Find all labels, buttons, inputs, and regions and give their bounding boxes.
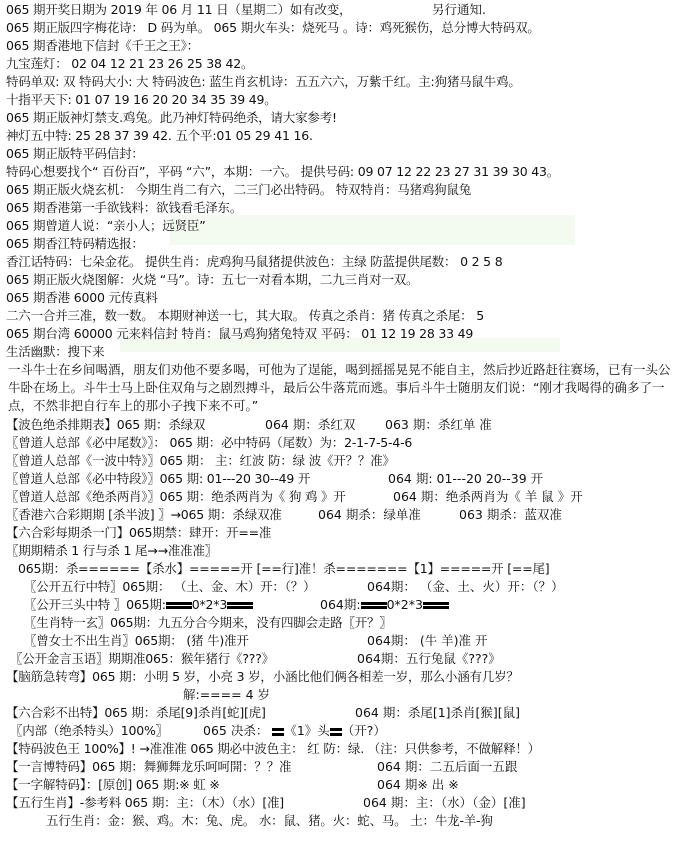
kill-two-zodiac-064: 064 期：绝杀两肖为《 羊 鼠 》开 xyxy=(393,488,583,505)
lamp-five-numbers: 神灯五中特: 25 28 37 39 42. 五个平:01 05 29 41 1… xyxy=(6,127,313,144)
black-bar xyxy=(272,728,284,736)
special-code-info: 特码单双: 双 特码大小: 大 特码波色: 蓝生肖玄机诗：五五六六，万紫千红。主… xyxy=(6,73,521,90)
five-element-zodiac-064: 064 期：主：（水）（金）[准] xyxy=(363,794,526,811)
decisive-kill: 065 决杀： 《1》头（开?） xyxy=(203,722,386,739)
lottery-document: 065 期开奖日期为 2019 年 06 月 11 日（星期二）如有改变， 另行… xyxy=(0,0,688,841)
black-bar xyxy=(361,602,387,609)
xiangjiang-details: 香江话特码：七朵金花。 提供生肖：虎鸡狗马鼠猪提供波色：主绿 防蓝提供尾数： 0… xyxy=(6,253,502,270)
five-elements-line: 〖公开五行中特〗065期： （土、金、木）开：（？） xyxy=(24,578,315,595)
internal-kill-head: 〖内部（绝杀特头）100%〗 xyxy=(10,722,168,739)
golden-words-line: 〖公开金言玉语〗期期准065：猴年猪行《???》 xyxy=(10,650,274,667)
special-segment-line: 〖曾道人总部《必中特段》〗065 期: 01---20 30--49 开 xyxy=(6,470,310,487)
brain-teaser-line: 【脑筋急转弯】065 期：小明 5 岁，小亮 3 岁，小涵比他们俩各相差一岁，那… xyxy=(6,668,519,685)
fire-mystery-line: 065 期正版火烧玄机： 今期生肖二有六，二三门必出特码。 特双特肖：马猪鸡狗鼠… xyxy=(6,181,471,198)
fire-diagram-line: 065 期正版火烧图解：火烧 “马”。诗：五七一对看本期，二九三肖对一双。 xyxy=(6,271,418,288)
hk-envelope-title: 065 期香港地下信封《千王之王》： xyxy=(6,37,199,54)
one-word-special-line: 【一言博特码】065 期：舞狮舞龙乐呵呵開：？？准 xyxy=(6,758,291,775)
taiwan-envelope-line: 065 期台湾 60000 元来料信封 特肖：鼠马鸡狗猪兔特双 平码： 01 1… xyxy=(6,325,473,342)
flat-code-envelope-title: 065 期正版特平码信封： xyxy=(6,145,144,162)
xiangjiang-title: 065 期香江特码精选报： xyxy=(6,235,144,252)
half-wave-064: 064 期杀：绿单准 xyxy=(318,506,421,523)
black-bar xyxy=(227,602,253,609)
wave-king-line: 【特码波色王 100%】! →准准准 065 期必中波色主： 红 防：绿. （注… xyxy=(6,740,540,757)
hk-fax-details: 二六一合并三准，数一数。 本期财神送一七，其大取。 传真之杀肖：猪 传真之杀尾：… xyxy=(6,307,484,324)
draw-date-line: 065 期开奖日期为 2019 年 06 月 11 日（星期二）如有改变， xyxy=(6,1,351,18)
tail-number-line: 〖曾道人总部《必中尾数》〗： 065 期：必中特码（尾数）为：2-1-7-5-4… xyxy=(6,434,412,451)
one-char-special-line: 【一字解特码】：[原创] 065 期:※ 虹 ※ xyxy=(6,776,220,793)
no-special-064: 064 期：杀尾[1]杀肖[猴][鼠] xyxy=(355,704,520,721)
kill-element-tail-title: 〖期期精杀 1 行与杀 1 尾→→准准准〗 xyxy=(6,542,217,559)
wave-kill-064: 064 期：杀红双 xyxy=(265,416,355,433)
five-element-zodiac-legend: 五行生肖：金：猴、鸡。木：兔、虎。 水：鼠、猪。火：蛇、马。 土：牛龙-羊-狗 xyxy=(46,812,493,829)
hk-fax-title: 065 期香港 6000 元传真料 xyxy=(6,289,158,306)
black-bar xyxy=(423,602,449,609)
zeng-daoren-saying: 065 期曾道人说：“亲小人；远贤臣” xyxy=(6,217,205,234)
kill-element-tail-detail: 065期：杀======【杀水】=====开 [==行]准！杀=======【1… xyxy=(18,560,549,577)
no-special-line: 【六合彩不出特】065 期：杀尾[9]杀肖[蛇][虎] xyxy=(6,704,266,721)
ms-zeng-064: 064期： (牛 羊)准 开 xyxy=(367,632,488,649)
three-heads-064: 064期:0*2*3 xyxy=(320,596,449,613)
five-element-zodiac-line: 【五行生肖】-参考料 065 期：主：（木）（水）[准] xyxy=(6,794,284,811)
humor-story: 一斗牛士在乡间喝酒，朋友们劝他不要多喝，可他为了逞能，喝到摇摇晃晃不能自主，然后… xyxy=(8,361,678,415)
golden-words-064: 064期：五行兔鼠《???》 xyxy=(357,650,501,667)
ms-zeng-line: 〖曾女士不出生肖〗065期： (猪 牛)准开 xyxy=(24,632,249,649)
hk-first-hand-line: 065 期香港第一手欲钱料：欲钱看毛泽东。 xyxy=(6,199,242,216)
one-word-special-064: 064 期：二五后面一五跟 xyxy=(377,758,517,775)
lamp-ban-line: 065 期正版神灯禁支.鸡兔。此乃神灯特码绝杀，请大家参考! xyxy=(6,109,337,126)
special-code-hint: 特码心想要找个“ 百份百”，平码 “六”，本期：一六。 提供号码: 09 07 … xyxy=(6,163,559,180)
special-segment-064: 064 期: 01---20 20--39 开 xyxy=(388,470,543,487)
brain-teaser-answer: 解:==== 4 岁 xyxy=(183,686,270,703)
kill-one-door-line: 【六合彩每期杀一门】065期禁：肆开：开==准 xyxy=(6,524,271,541)
wave-kill-schedule: 【波色绝杀排期表】065 期：杀绿双 xyxy=(6,416,205,433)
five-elements-064: 064期： （金、土、火）开：（？） xyxy=(367,578,564,595)
three-heads-line: 〖公开三头中特 〗065期:0*2*3 xyxy=(24,596,253,613)
half-wave-063: 063 期杀：蓝双准 xyxy=(459,506,562,523)
half-wave-kill-line: 〖香港六合彩期期 [杀半波] 〗→065 期：杀绿双准 xyxy=(6,506,282,523)
one-char-special-064: 064 期※ 出 ※ xyxy=(377,776,459,793)
black-bar xyxy=(166,602,192,609)
plum-poem-line: 065 期正版四字梅花诗： D 码为单。 065 期火车头：烧死马 。诗：鸡死猴… xyxy=(6,19,540,36)
kill-two-zodiac-line: 〖曾道人总部《绝杀两肖》〗065 期：绝杀两肖为《 狗 鸡 》开 xyxy=(6,488,346,505)
ten-fingers-numbers: 十指平天下: 01 07 19 16 20 20 34 35 39 49。 xyxy=(6,91,277,108)
nine-lotus-numbers: 九宝莲灯： 02 04 12 21 23 26 25 38 42。 xyxy=(6,55,253,72)
humor-title: 生活幽默：搜下来 xyxy=(6,343,104,360)
black-bar xyxy=(330,728,342,736)
notice-text: 另行通知. xyxy=(432,1,486,18)
wave-kill-063: 063 期：杀红单 准 xyxy=(385,416,492,433)
one-wave-line: 〖曾道人总部《一波中特》〗065 期： 主：红波 防：绿 波《开？？准》 xyxy=(6,452,395,469)
zodiac-mystery-line: 〖生肖特一玄〗065期：九五分合今期来，没有四脚会走路〖开？〗 xyxy=(24,614,392,631)
green-tint-block xyxy=(170,215,575,245)
